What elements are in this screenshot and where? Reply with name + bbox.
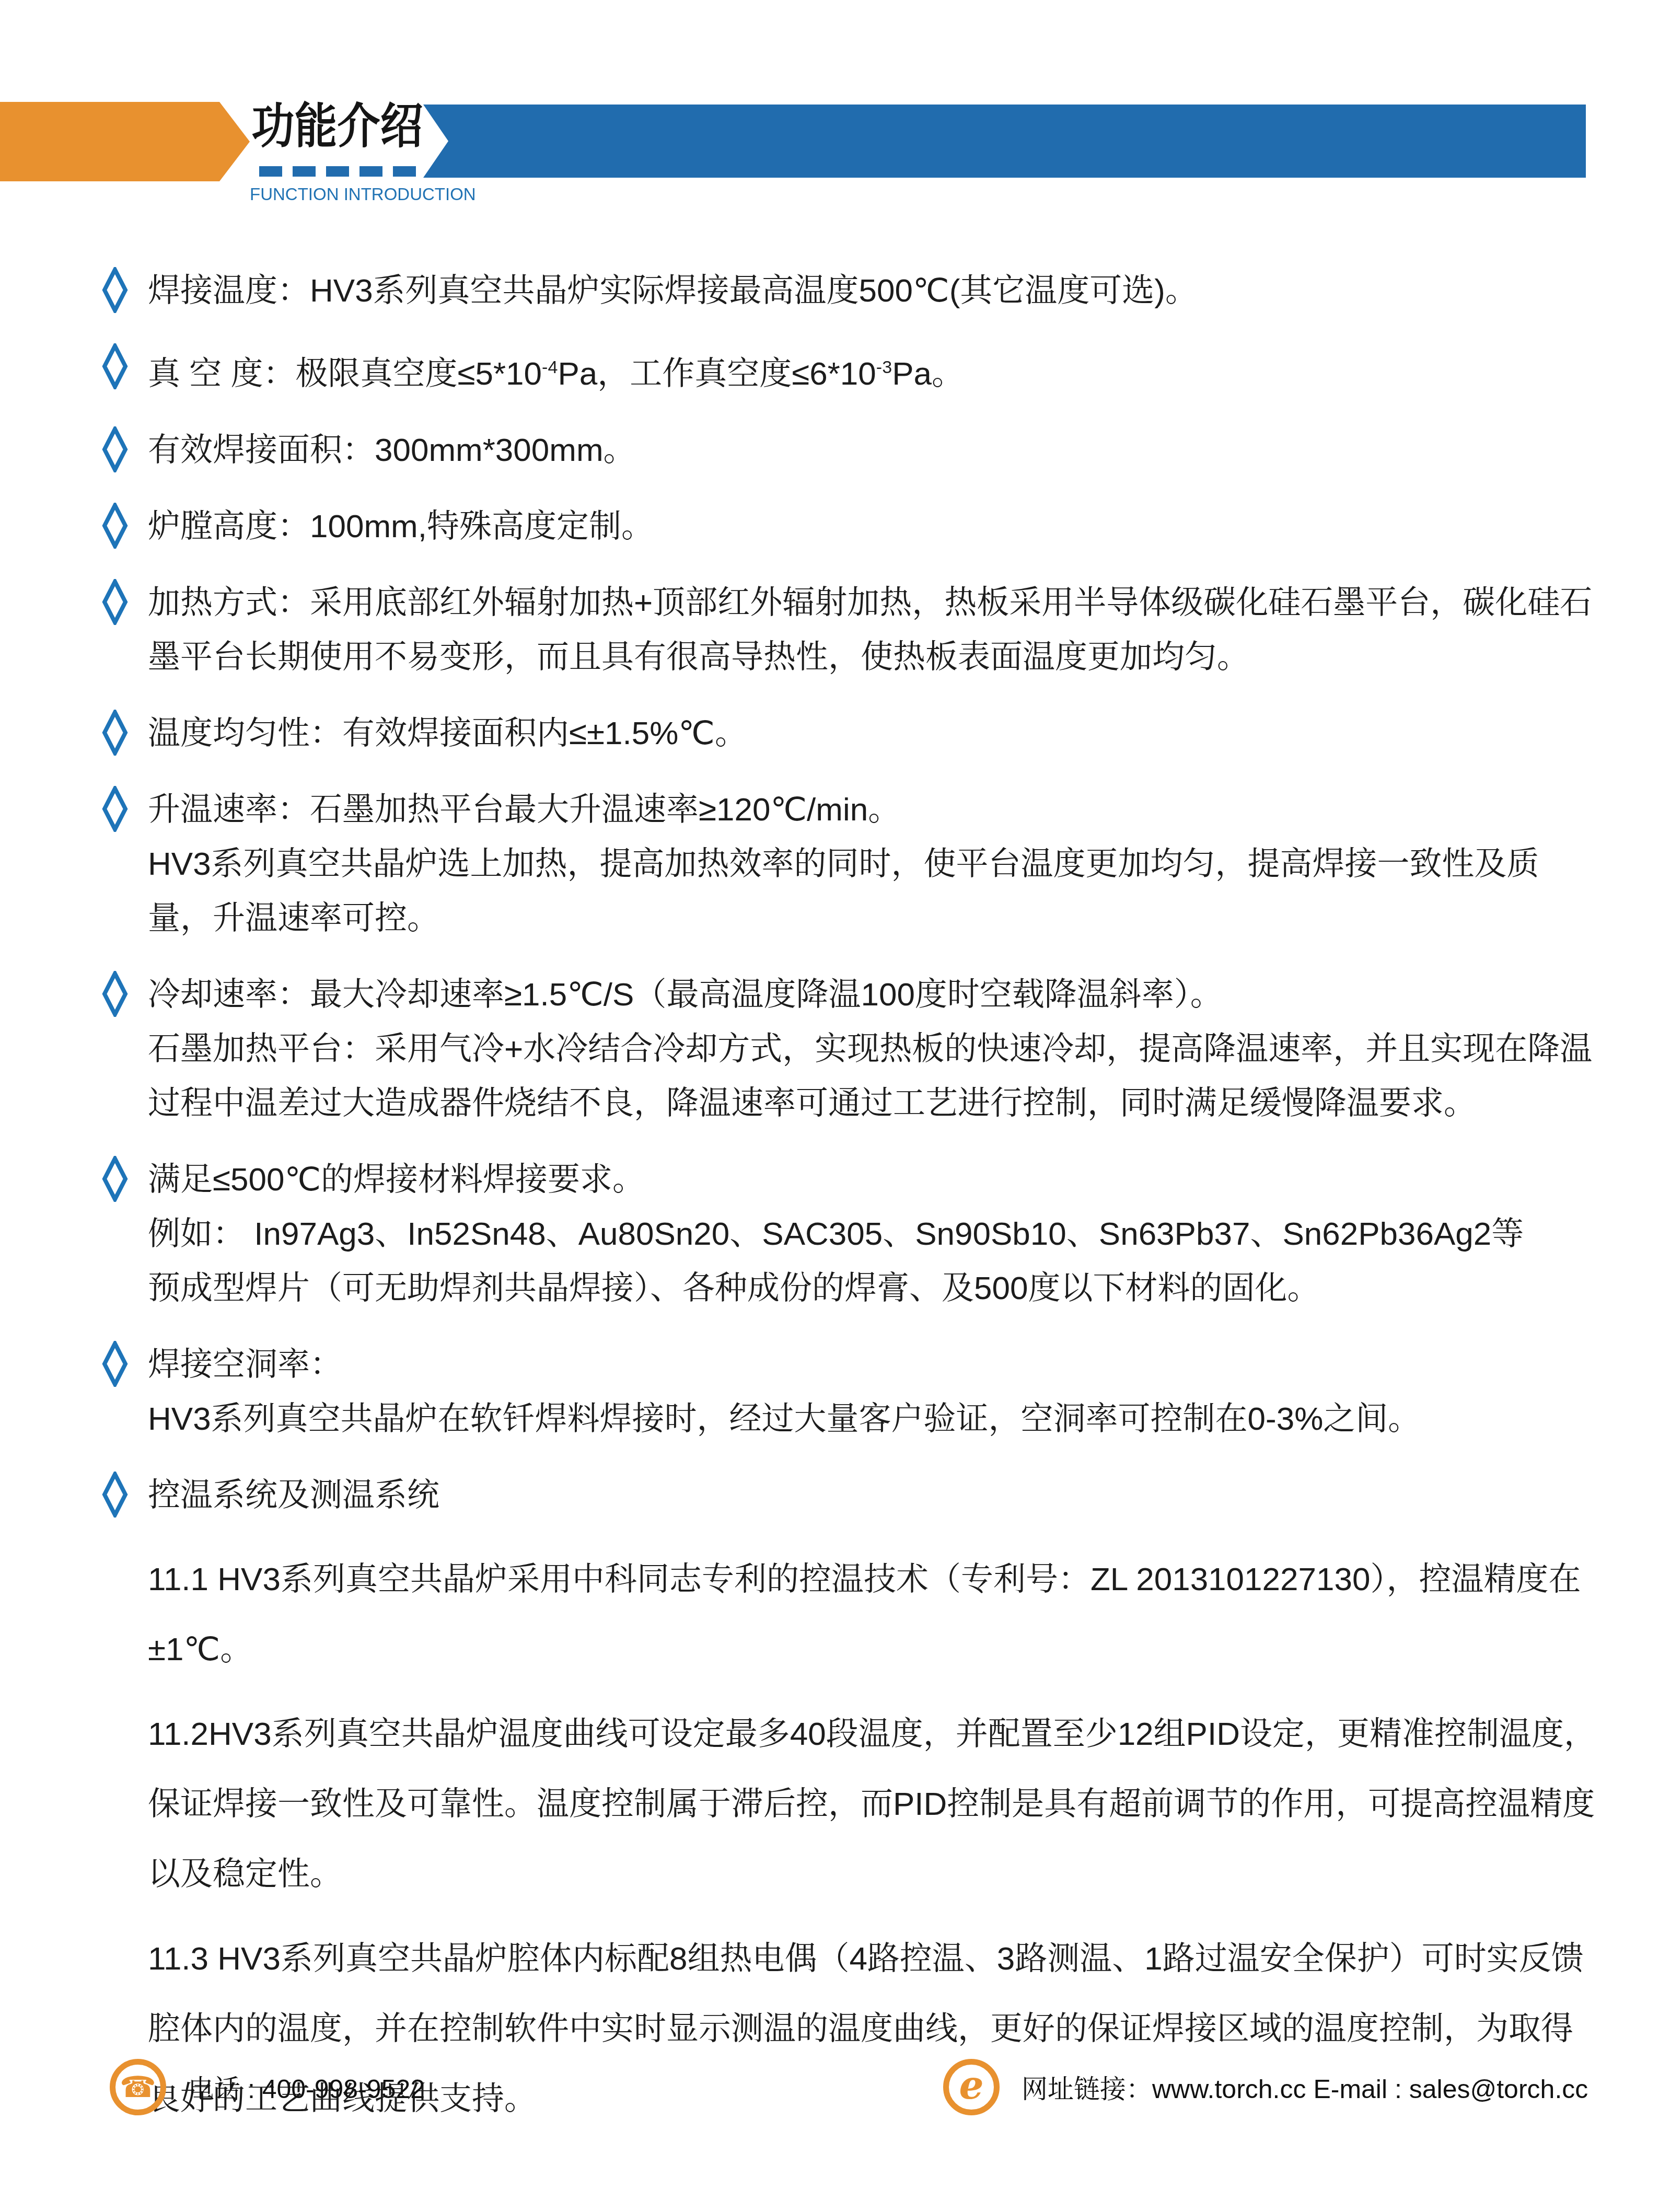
dash-icon [359, 166, 382, 177]
numbered-paragraph: 11.2HV3系列真空共晶炉温度曲线可设定最多40段温度，并配置至少12组PID… [148, 1699, 1602, 1909]
diamond-bullet-icon [102, 426, 128, 472]
diamond-bullet-icon [102, 1341, 128, 1387]
feature-item: 炉膛高度：100mm,特殊高度定制。 [102, 500, 1602, 554]
feature-item: 焊接温度：HV3系列真空共晶炉实际焊接最高温度500℃(其它温度可选)。 [102, 264, 1602, 318]
feature-item: 有效焊接面积：300mm*300mm。 [102, 423, 1602, 478]
feature-continuation: HV3系列真空共晶炉选上加热，提高加热效率的同时，使平台温度更加均匀，提高焊接一… [148, 837, 1602, 946]
feature-text: 有效焊接面积：300mm*300mm。 [148, 423, 1602, 478]
phone-icon: ☎ [110, 2059, 166, 2115]
phone-number-text: 电话 : 400-998-9522 [188, 2068, 425, 2106]
header-title-group: 功能介绍 FUNCTION INTRODUCTION [250, 94, 425, 204]
feature-item: 温度均匀性：有效焊接面积内≤±1.5%℃。 [102, 707, 1602, 761]
header-blue-bar-shape [423, 105, 1586, 178]
dash-icon [326, 166, 349, 177]
vacuum-text-part: 真 空 度：极限真空度≤5*10 [148, 356, 542, 392]
feature-text: 冷却速率：最大冷却速率≥1.5℃/S（最高温度降温100度时空载降温斜率）。 [148, 968, 1602, 1022]
title-dashes-decoration [259, 166, 416, 177]
feature-text: 真 空 度：极限真空度≤5*10-4Pa，工作真空度≤6*10-3Pa。 [148, 340, 1602, 401]
brochure-page: 功能介绍 FUNCTION INTRODUCTION 焊接温度：HV3系列真空共… [0, 0, 1659, 2212]
feature-text: 温度均匀性：有效焊接面积内≤±1.5%℃。 [148, 707, 1602, 761]
diamond-bullet-icon [102, 579, 128, 625]
phone-contact: ☎ 电话 : 400-998-9522 [110, 2059, 425, 2115]
website-email-text: 网址链接：www.torch.cc E-mail : sales@torch.c… [1022, 2068, 1588, 2106]
feature-item: 冷却速率：最大冷却速率≥1.5℃/S（最高温度降温100度时空载降温斜率）。 石… [102, 968, 1602, 1131]
feature-item: 满足≤500℃的焊接材料焊接要求。 例如： In97Ag3、In52Sn48、A… [102, 1153, 1602, 1316]
feature-text: 升温速率：石墨加热平台最大升温速率≥120℃/min。 [148, 783, 1602, 837]
page-title: 功能介绍 [250, 94, 425, 159]
feature-continuation: 预成型焊片（可无助焊剂共晶焊接）、各种成份的焊膏、及500度以下材料的固化。 [148, 1261, 1602, 1316]
diamond-bullet-icon [102, 786, 128, 832]
superscript-exponent: -4 [542, 357, 558, 377]
diamond-bullet-icon [102, 710, 128, 756]
feature-text: 控温系统及测温系统 [148, 1468, 1602, 1523]
diamond-bullet-icon [102, 1156, 128, 1202]
feature-item: 加热方式：采用底部红外辐射加热+顶部红外辐射加热，热板采用半导体级碳化硅石墨平台… [102, 576, 1602, 685]
feature-text: 焊接空洞率： [148, 1338, 1602, 1392]
diamond-bullet-icon [102, 343, 128, 389]
dash-icon [393, 166, 416, 177]
feature-item: 升温速率：石墨加热平台最大升温速率≥120℃/min。 HV3系列真空共晶炉选上… [102, 783, 1602, 946]
internet-icon: e [943, 2059, 1000, 2115]
web-contact: e 网址链接：www.torch.cc E-mail : sales@torch… [943, 2059, 1588, 2115]
diamond-bullet-icon [102, 267, 128, 313]
feature-continuation: HV3系列真空共晶炉在软钎焊料焊接时，经过大量客户验证，空洞率可控制在0-3%之… [148, 1392, 1602, 1446]
feature-list: 焊接温度：HV3系列真空共晶炉实际焊接最高温度500℃(其它温度可选)。 真 空… [102, 264, 1602, 2149]
diamond-bullet-icon [102, 1472, 128, 1518]
feature-item: 真 空 度：极限真空度≤5*10-4Pa，工作真空度≤6*10-3Pa。 [102, 340, 1602, 401]
page-subtitle: FUNCTION INTRODUCTION [250, 185, 425, 204]
feature-continuation: 石墨加热平台：采用气冷+水冷结合冷却方式，实现热板的快速冷却，提高降温速率，并且… [148, 1022, 1602, 1131]
feature-item: 控温系统及测温系统 [102, 1468, 1602, 1523]
numbered-paragraph: 11.1 HV3系列真空共晶炉采用中科同志专利的控温技术（专利号：ZL 2013… [148, 1545, 1602, 1685]
diamond-bullet-icon [102, 971, 128, 1017]
numbered-paragraphs: 11.1 HV3系列真空共晶炉采用中科同志专利的控温技术（专利号：ZL 2013… [148, 1545, 1602, 2134]
vacuum-text-part: Pa。 [892, 356, 964, 392]
dash-icon [259, 166, 282, 177]
dash-icon [293, 166, 316, 177]
superscript-exponent: -3 [876, 357, 892, 377]
footer: ☎ 电话 : 400-998-9522 e 网址链接：www.torch.cc … [0, 2059, 1659, 2142]
feature-text: 加热方式：采用底部红外辐射加热+顶部红外辐射加热，热板采用半导体级碳化硅石墨平台… [148, 576, 1602, 685]
diamond-bullet-icon [102, 503, 128, 549]
feature-text: 满足≤500℃的焊接材料焊接要求。 [148, 1153, 1602, 1207]
feature-text: 炉膛高度：100mm,特殊高度定制。 [148, 500, 1602, 554]
feature-continuation: 例如： In97Ag3、In52Sn48、Au80Sn20、SAC305、Sn9… [148, 1207, 1602, 1261]
feature-item: 焊接空洞率： HV3系列真空共晶炉在软钎焊料焊接时，经过大量客户验证，空洞率可控… [102, 1338, 1602, 1446]
vacuum-text-part: Pa，工作真空度≤6*10 [558, 356, 876, 392]
feature-text: 焊接温度：HV3系列真空共晶炉实际焊接最高温度500℃(其它温度可选)。 [148, 264, 1602, 318]
header-orange-arrow-shape [0, 102, 250, 181]
